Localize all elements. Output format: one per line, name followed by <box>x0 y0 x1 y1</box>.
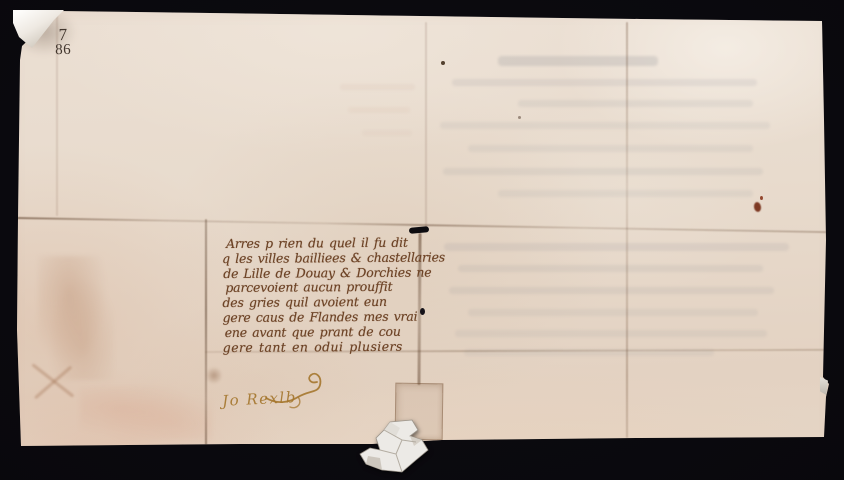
show-through-line <box>498 56 658 66</box>
docket-line: gere tant en odui plusiers <box>223 339 459 355</box>
fold-stain <box>206 366 222 385</box>
seal-tag <box>356 418 448 480</box>
show-through-line <box>452 79 757 86</box>
show-through-line <box>348 107 410 113</box>
ink-speck <box>518 116 521 119</box>
rust-speck <box>760 196 763 200</box>
photo-background: 7 86 Arres p rien du quel il fu dit q le… <box>0 0 844 480</box>
vertical-fold-line <box>626 22 628 438</box>
archival-mark-numerator: 7 <box>46 26 80 44</box>
fold-hole <box>409 226 429 234</box>
rust-stain <box>753 201 762 212</box>
show-through-line <box>468 309 758 316</box>
left-edge-stain <box>38 256 114 380</box>
archival-mark-denominator: 86 <box>46 43 80 59</box>
show-through-line <box>449 287 774 294</box>
vertical-fold-line <box>205 219 207 445</box>
ink-speck <box>441 61 445 65</box>
show-through-line <box>443 168 763 175</box>
show-through-line <box>458 265 763 272</box>
archival-mark: 7 86 <box>46 26 81 59</box>
bottom-left-stain <box>80 386 212 440</box>
show-through-line <box>468 145 753 152</box>
show-through-line <box>455 330 767 337</box>
docket-text-block: Arres p rien du quel il fu dit q les vil… <box>222 235 459 355</box>
show-through-line <box>518 100 753 107</box>
signature-flourish <box>262 366 334 420</box>
docket-line: ene avant que prant de cou <box>225 324 459 340</box>
show-through-line <box>362 130 412 136</box>
show-through-line <box>444 243 789 251</box>
show-through-line <box>440 122 770 129</box>
show-through-line <box>340 84 415 90</box>
parchment-sheet: 7 86 Arres p rien du quel il fu dit q le… <box>0 0 844 480</box>
vertical-fold-line <box>425 22 427 228</box>
